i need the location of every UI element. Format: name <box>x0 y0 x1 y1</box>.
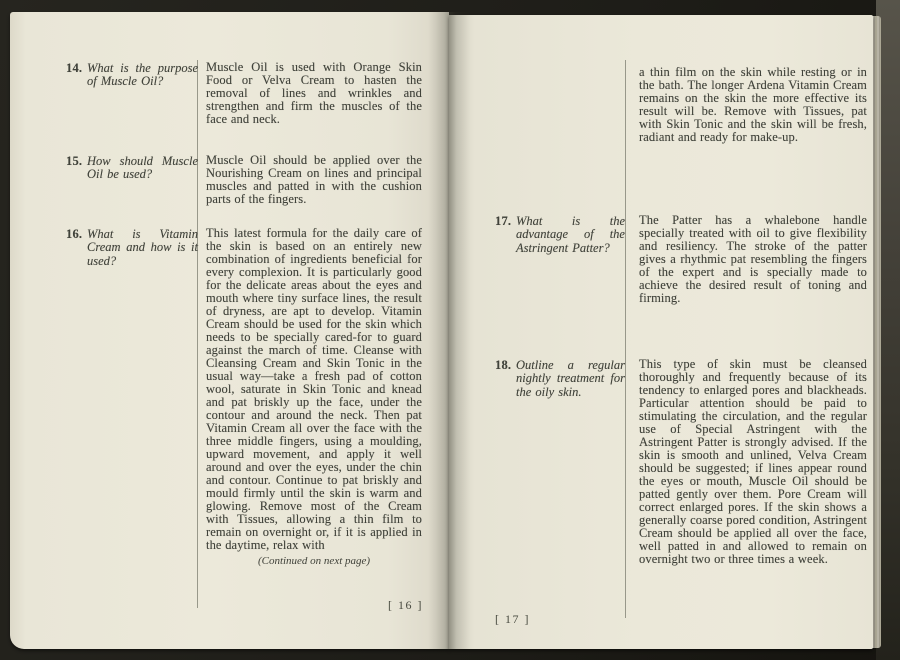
question-number: 17. <box>495 215 516 228</box>
qa-entry-18: 18. Outline a regular nightly treatment … <box>495 359 625 399</box>
answer-text: This latest formula for the daily care o… <box>206 227 422 552</box>
question-text: What is Vitamin Cream and how is it used… <box>87 228 198 268</box>
question-text: How should Muscle Oil be used? <box>87 155 198 182</box>
page-stack-edge <box>872 16 881 648</box>
right-page: a thin film on the skin while resting or… <box>449 15 873 649</box>
question-number: 18. <box>495 359 516 372</box>
question-number: 15. <box>66 155 87 168</box>
continued-note: (Continued on next page) <box>206 555 422 567</box>
question-number: 14. <box>66 62 87 75</box>
qa-entry-16: 16. What is Vitamin Cream and how is it … <box>66 228 198 268</box>
qa-entry-15: 15. How should Muscle Oil be used? <box>66 155 198 182</box>
qa-entry-17: 17. What is the advantage of the Astring… <box>495 215 625 255</box>
answer-text: Muscle Oil is used with Orange Skin Food… <box>206 61 422 126</box>
left-page: 14. What is the purpose of Muscle Oil? M… <box>10 12 449 649</box>
question-text: What is the purpose of Muscle Oil? <box>87 62 198 89</box>
continuation-paragraph: a thin film on the skin while resting or… <box>639 66 867 144</box>
question-text: What is the advantage of the Astringent … <box>516 215 625 255</box>
book-spread-photo: 14. What is the purpose of Muscle Oil? M… <box>0 0 900 660</box>
page-number-17: [ 17 ] <box>495 612 530 627</box>
qa-entry-14: 14. What is the purpose of Muscle Oil? <box>66 62 198 89</box>
answer-text: The Patter has a whalebone handle specia… <box>639 214 867 305</box>
question-number: 16. <box>66 228 87 241</box>
column-divider-right <box>625 60 626 618</box>
question-text: Outline a regular nightly treatment for … <box>516 359 625 399</box>
answer-text: This type of skin must be cleansed thoro… <box>639 358 867 566</box>
answer-block: This latest formula for the daily care o… <box>206 227 422 567</box>
page-number-16: [ 16 ] <box>388 598 423 613</box>
answer-text: Muscle Oil should be applied over the No… <box>206 154 422 206</box>
column-divider-left <box>197 60 198 608</box>
